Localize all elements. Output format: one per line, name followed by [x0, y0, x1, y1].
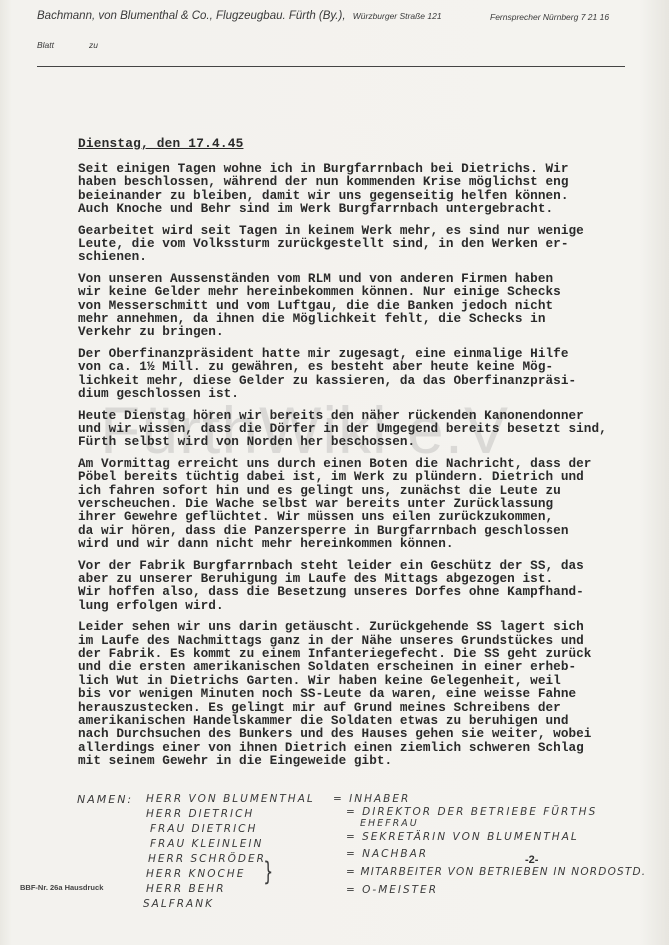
- paragraph: Seit einigen Tagen wohne ich in Burgfarr…: [78, 162, 658, 216]
- role-entry: = DIREKTOR DER BETRIEBE FÜRTHS: [346, 806, 597, 818]
- name-entry: FRAU DIETRICH: [150, 823, 257, 835]
- role-entry: = MITARBEITER VON BETRIEBEN IN NORDOSTD.: [346, 866, 646, 878]
- role-entry: = INHABER: [333, 793, 410, 805]
- paragraph: Heute Dienstag hören wir bereits den näh…: [78, 409, 658, 449]
- name-entry: SALFRANK: [143, 898, 214, 910]
- paragraph: Von unseren Aussenständen vom RLM und vo…: [78, 272, 658, 339]
- name-entry: HERR BEHR: [146, 883, 226, 895]
- role-entry: = SEKRETÄRIN VON BLUMENTHAL: [346, 831, 579, 843]
- brace-mark: }: [263, 857, 273, 887]
- paragraph: Vor der Fabrik Burgfarrnbach steht leide…: [78, 559, 658, 613]
- company-street: Würzburger Straße 121: [353, 11, 442, 21]
- date-heading: Dienstag, den 17.4.45: [78, 136, 658, 151]
- name-entry: FRAU KLEINLEIN: [150, 838, 263, 850]
- name-entry: HERR VON BLUMENTHAL: [146, 793, 315, 805]
- page-number: -2-: [525, 854, 538, 866]
- company-line: Bachmann, von Blumenthal & Co., Flugzeug…: [37, 10, 442, 22]
- letterhead-divider: [37, 66, 625, 67]
- name-entry: HERR KNOCHE: [146, 868, 245, 880]
- company-name: Bachmann, von Blumenthal & Co., Flugzeug…: [37, 10, 346, 22]
- to-label: zu: [89, 40, 98, 50]
- diary-entry: Dienstag, den 17.4.45 Seit einigen Tagen…: [78, 136, 658, 776]
- form-number: BBF-Nr. 26a Hausdruck: [20, 883, 103, 892]
- role-entry: EHEFRAU: [360, 818, 419, 829]
- names-label: NAMEN:: [77, 793, 133, 806]
- paragraph: Am Vormittag erreicht uns durch einen Bo…: [78, 457, 658, 551]
- role-entry: = NACHBAR: [346, 848, 428, 860]
- name-entry: HERR SCHRÖDER: [148, 853, 266, 865]
- company-phone: Fernsprecher Nürnberg 7 21 16: [490, 12, 609, 22]
- role-entry: = O-MEISTER: [346, 884, 438, 896]
- paragraph: Gearbeitet wird seit Tagen in keinem Wer…: [78, 224, 658, 264]
- paragraph: Der Oberfinanzpräsident hatte mir zugesa…: [78, 347, 658, 401]
- name-entry: HERR DIETRICH: [146, 808, 254, 820]
- sheet-label: Blatt: [37, 40, 54, 50]
- paragraph: Leider sehen wir uns darin getäuscht. Zu…: [78, 620, 658, 767]
